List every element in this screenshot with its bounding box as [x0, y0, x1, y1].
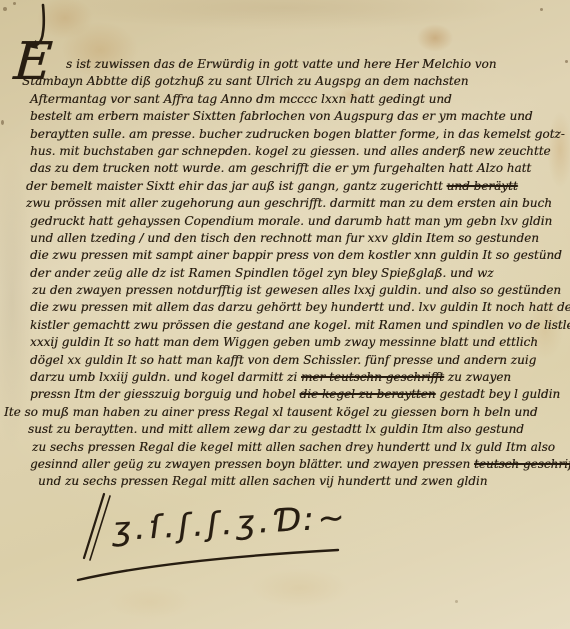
- paper-speck: [3, 7, 7, 11]
- manuscript-line: kistler gemachtt zwu prössen die gestand…: [30, 318, 552, 335]
- manuscript-line: s ist zuwissen das de Erwürdig in gott v…: [66, 57, 552, 74]
- paper-speck: [565, 60, 568, 63]
- manuscript-line: der ander zeüg alle dz ist Ramen Spindle…: [30, 266, 552, 283]
- manuscript-line: Ite so muß man haben zu ainer press Rega…: [4, 405, 552, 422]
- manuscript-line: die zwu pressen mit sampt ainer bappir p…: [30, 248, 552, 265]
- manuscript-line: dögel xx guldin It so hatt man kafft von…: [30, 353, 552, 370]
- signature: ʒ.ſ.ʃ.ʃ.ʒ.Ɗ:~: [76, 492, 406, 602]
- manuscript-line: sust zu beraytten. und mitt allem zewg d…: [28, 422, 552, 439]
- manuscript-page: E s ist zuwissen das de Erwürdig in gott…: [0, 0, 570, 629]
- manuscript-line: pressn Itm der giesszuig borguig und hob…: [30, 387, 552, 404]
- manuscript-line: gedruckt hatt gehayssen Copendium morale…: [30, 214, 552, 231]
- manuscript-line: und zu sechs pressen Regal mitt allen sa…: [38, 474, 552, 491]
- manuscript-line: darzu umb lxxiij guldn. und kogel darmit…: [30, 370, 552, 387]
- manuscript-line: zu den zwayen pressen notdurfftig ist ge…: [32, 283, 552, 300]
- manuscript-line: hus. mit buchstaben gar schnepden. kogel…: [30, 144, 552, 161]
- paper-speck: [13, 2, 16, 5]
- manuscript-line: bestelt am erbern maister Sixtten fabrlo…: [30, 109, 552, 126]
- manuscript-line: Stambayn Abbtte diß gotzhuß zu sant Ulri…: [22, 74, 552, 91]
- manuscript-line: und allen tzeding / und den tisch den re…: [30, 231, 552, 248]
- paper-speck: [540, 8, 543, 11]
- manuscript-line: gesinnd aller geüg zu zwayen pressen boy…: [30, 457, 552, 474]
- manuscript-line: zu sechs pressen Regal die kegel mitt al…: [32, 440, 552, 457]
- manuscript-text: s ist zuwissen das de Erwürdig in gott v…: [30, 57, 552, 492]
- manuscript-line: Aftermantag vor sant Affra tag Anno dm m…: [30, 92, 552, 109]
- manuscript-line: xxxij guldin It so hatt man dem Wiggen g…: [30, 335, 552, 352]
- manuscript-line: beraytten sulle. am presse. bucher zudru…: [30, 127, 552, 144]
- paper-speck: [1, 120, 4, 125]
- manuscript-line: das zu dem trucken nott wurde. am geschr…: [30, 161, 552, 178]
- paper-speck: [455, 600, 458, 603]
- manuscript-line: der bemelt maister Sixtt ehir das jar au…: [26, 179, 552, 196]
- manuscript-line: zwu prössen mit aller zugehorung aun ges…: [26, 196, 552, 213]
- manuscript-line: die zwu pressen mit allem das darzu gehö…: [30, 300, 552, 317]
